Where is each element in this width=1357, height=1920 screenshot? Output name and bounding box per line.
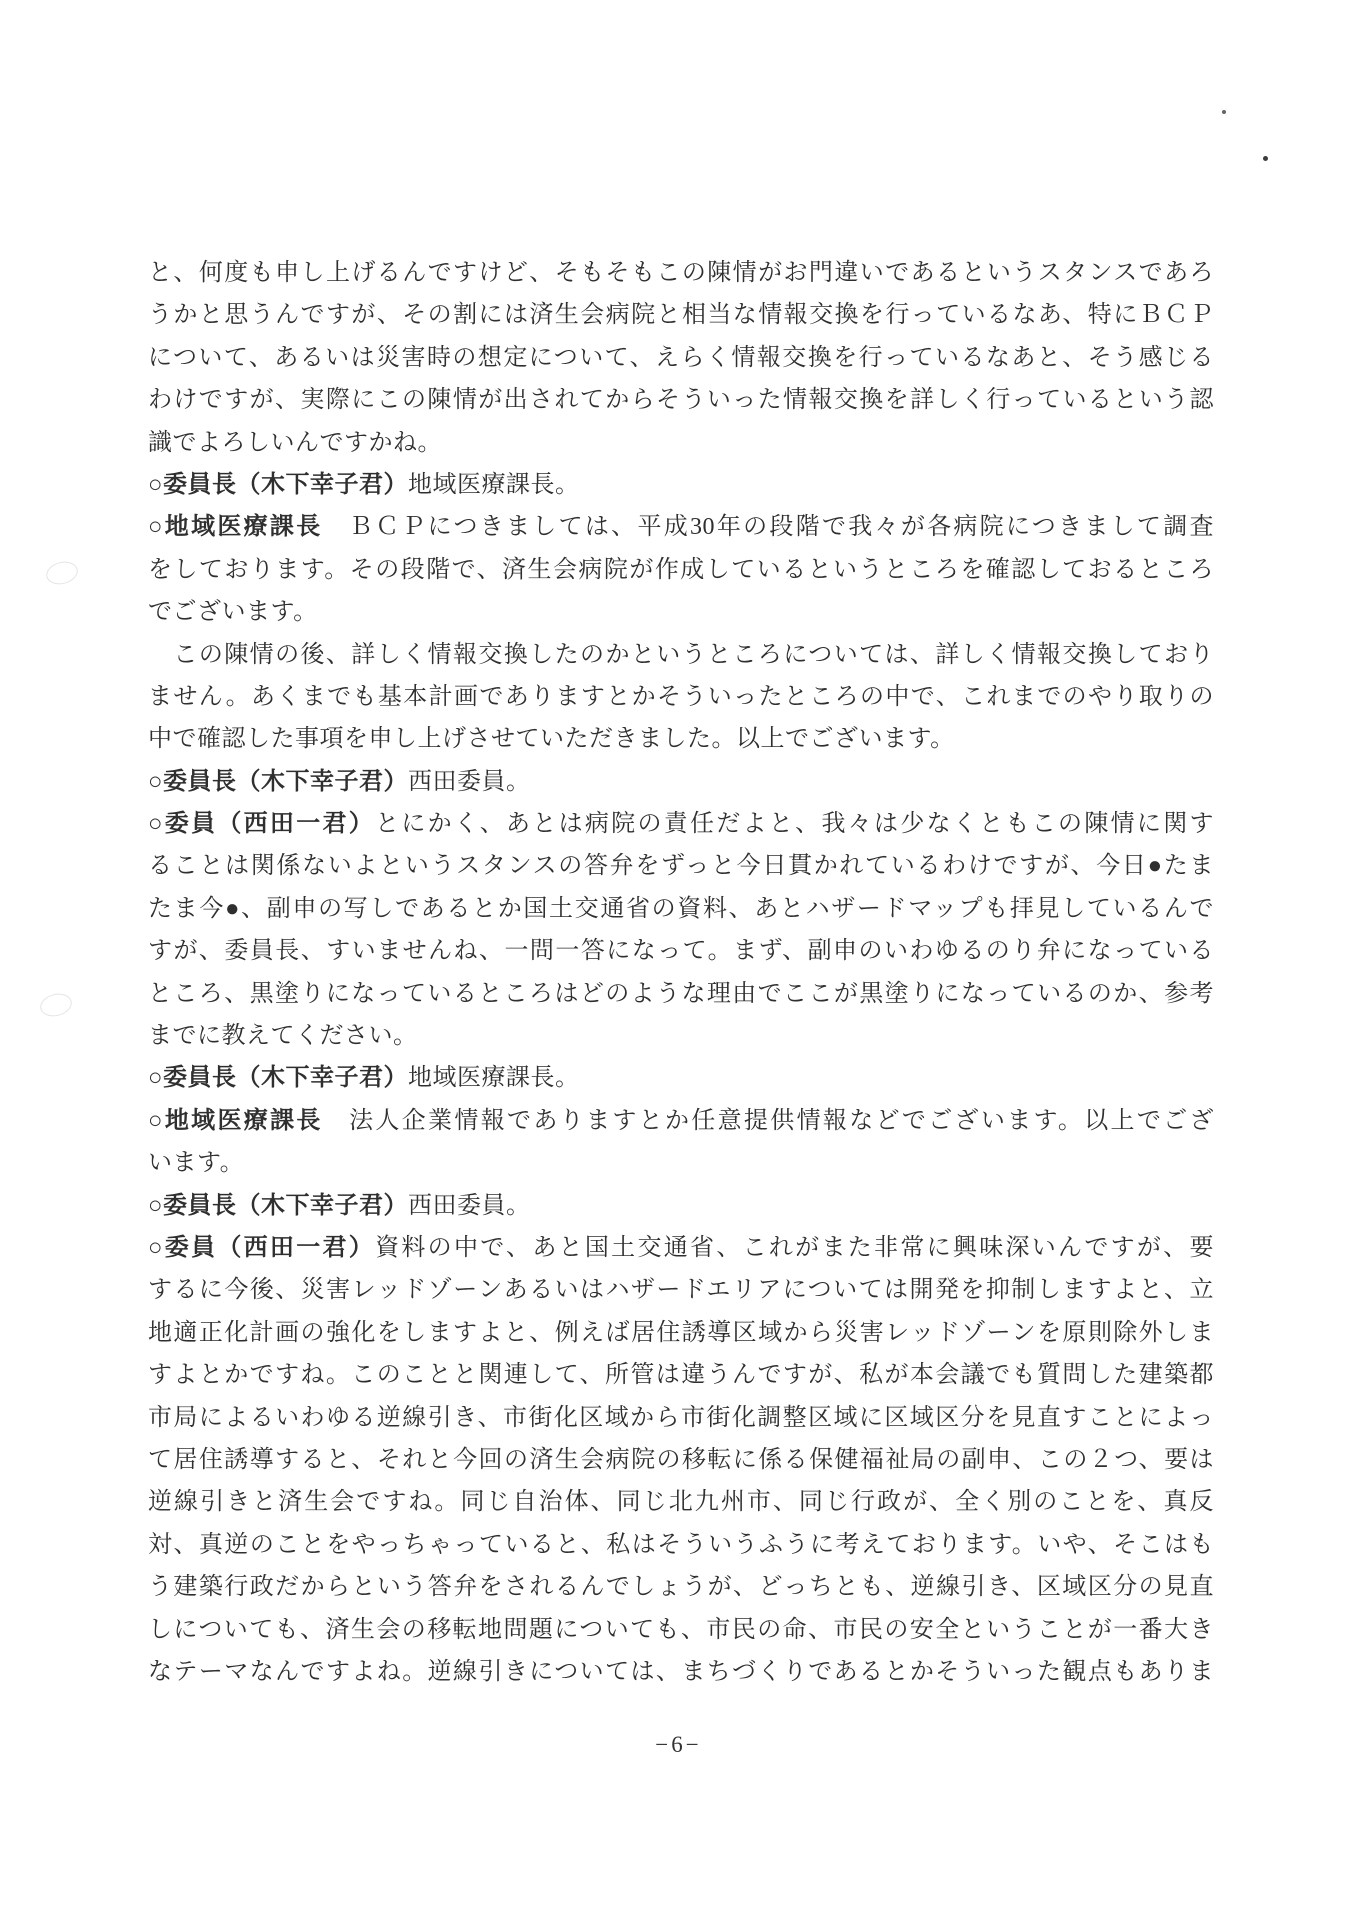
- transcript-line: なテーマなんですよね。逆線引きについては、まちづくりであるとかそういった観点もあ…: [148, 1651, 1214, 1693]
- speaker-label: ○地域医療課長: [148, 1107, 323, 1134]
- line-text: をしております。その段階で、済生会病院が作成しているというところを確認しておると…: [148, 557, 1214, 583]
- line-text: までに教えてください。: [148, 1023, 418, 1049]
- transcript-line: ○委員長（木下幸子君）地域医療課長。: [148, 464, 1214, 506]
- transcript-line: 地適正化計画の強化をしますよと、例えば居住誘導区域から災害レッドゾーンを原則除外…: [148, 1312, 1214, 1354]
- line-text: ません。あくまでも基本計画でありますとかそういったところの中で、これまでのやり取…: [148, 684, 1214, 710]
- line-text: 地適正化計画の強化をしますよと、例えば居住誘導区域から災害レッドゾーンを原則除外…: [148, 1320, 1214, 1346]
- speaker-label: ○委員長（木下幸子君）: [148, 1064, 408, 1091]
- line-text: すが、委員長、すいませんね、一問一答になって。まず、副申のいわゆるのり弁になって…: [148, 938, 1214, 964]
- transcript-line: 市局によるいわゆる逆線引き、市街化区域から市街化調整区域に区域区分を見直すことに…: [148, 1397, 1214, 1439]
- line-text: 対、真逆のことをやっちゃっていると、私はそういうふうに考えております。いや、そこ…: [148, 1532, 1214, 1558]
- transcript-line: までに教えてください。: [148, 1015, 1214, 1057]
- scan-speck: [1263, 156, 1268, 161]
- line-text: て居住誘導すると、それと今回の済生会病院の移転に係る保健福祉局の副申、この２つ、…: [148, 1447, 1214, 1473]
- scan-speck: [1222, 110, 1226, 114]
- transcript-line: この陳情の後、詳しく情報交換したのかというところについては、詳しく情報交換してお…: [148, 634, 1214, 676]
- page-number: −6−: [0, 1732, 1357, 1758]
- line-text: たま今●、副申の写しであるとか国土交通省の資料、あとハザードマップも拝見している…: [148, 896, 1214, 922]
- line-text: います。: [148, 1150, 244, 1176]
- transcript-line: ○委員長（木下幸子君）西田委員。: [148, 761, 1214, 803]
- transcript-line: しについても、済生会の移転地問題についても、市民の命、市民の安全ということが一番…: [148, 1609, 1214, 1651]
- transcript-line: するに今後、災害レッドゾーンあるいはハザードエリアについては開発を抑制しますよと…: [148, 1269, 1214, 1311]
- line-text: なテーマなんですよね。逆線引きについては、まちづくりであるとかそういった観点もあ…: [148, 1659, 1214, 1685]
- transcript-line: すが、委員長、すいませんね、一問一答になって。まず、副申のいわゆるのり弁になって…: [148, 930, 1214, 972]
- transcript-line: 逆線引きと済生会ですね。同じ自治体、同じ北九州市、同じ行政が、全く別のことを、真…: [148, 1481, 1214, 1523]
- transcript-line: ○委員（西田一君）とにかく、あとは病院の責任だよと、我々は少なくともこの陳情に関…: [148, 803, 1214, 845]
- line-text: この陳情の後、詳しく情報交換したのかというところについては、詳しく情報交換してお…: [148, 642, 1214, 668]
- transcript-line: ○委員（西田一君）資料の中で、あと国土交通省、これがまた非常に興味深いんですが、…: [148, 1227, 1214, 1269]
- line-text: わけですが、実際にこの陳情が出されてからそういった情報交換を詳しく行っているとい…: [148, 387, 1214, 413]
- line-text: ることは関係ないよというスタンスの答弁をずっと今日貫かれているわけですが、今日●…: [148, 853, 1214, 879]
- line-text: するに今後、災害レッドゾーンあるいはハザードエリアについては開発を抑制しますよと…: [148, 1277, 1214, 1303]
- line-text: と、何度も申し上げるんですけど、そもそもこの陳情がお門違いであるというスタンスで…: [148, 260, 1214, 286]
- transcript-line: をしております。その段階で、済生会病院が作成しているというところを確認しておると…: [148, 549, 1214, 591]
- transcript-line: すよとかですね。このことと関連して、所管は違うんですが、私が本会議でも質問した建…: [148, 1354, 1214, 1396]
- transcript-line: うかと思うんですが、その割には済生会病院と相当な情報交換を行っているなあ、特にＢ…: [148, 294, 1214, 336]
- transcript-line: ○委員長（木下幸子君）西田委員。: [148, 1185, 1214, 1227]
- transcript-line: 識でよろしいんですかね。: [148, 422, 1214, 464]
- line-text: でございます。: [148, 599, 318, 625]
- transcript-line: います。: [148, 1142, 1214, 1184]
- line-text: 地域医療課長。: [408, 1065, 580, 1091]
- line-text: う建築行政だからという答弁をされるんでしょうが、どっちとも、逆線引き、区域区分の…: [148, 1574, 1214, 1600]
- speaker-label: ○委員長（木下幸子君）: [148, 471, 408, 498]
- transcript-line: 対、真逆のことをやっちゃっていると、私はそういうふうに考えております。いや、そこ…: [148, 1524, 1214, 1566]
- line-text: とにかく、あとは病院の責任だよと、我々は少なくともこの陳情に関す: [375, 811, 1214, 837]
- transcript-line: 中で確認した事項を申し上げさせていただきました。以上でございます。: [148, 718, 1214, 760]
- line-text: について、あるいは災害時の想定について、えらく情報交換を行っているなあと、そう感…: [148, 345, 1214, 371]
- transcript-line: ることは関係ないよというスタンスの答弁をずっと今日貫かれているわけですが、今日●…: [148, 845, 1214, 887]
- transcript-line: ○委員長（木下幸子君）地域医療課長。: [148, 1057, 1214, 1099]
- line-text: 法人企業情報でありますとか任意提供情報などでございます。以上でござ: [323, 1108, 1214, 1134]
- speaker-label: ○委員（西田一君）: [148, 810, 375, 837]
- speaker-label: ○委員長（木下幸子君）: [148, 1192, 408, 1219]
- line-text: ところ、黒塗りになっているところはどのような理由でここが黒塗りになっているのか、…: [148, 981, 1214, 1007]
- line-text: 地域医療課長。: [408, 472, 580, 498]
- transcript-line: ところ、黒塗りになっているところはどのような理由でここが黒塗りになっているのか、…: [148, 973, 1214, 1015]
- punch-hole-mark: [44, 558, 80, 587]
- line-text: うかと思うんですが、その割には済生会病院と相当な情報交換を行っているなあ、特にＢ…: [148, 302, 1214, 328]
- line-text: 資料の中で、あと国土交通省、これがまた非常に興味深いんですが、要: [375, 1235, 1214, 1261]
- transcript-line: ません。あくまでも基本計画でありますとかそういったところの中で、これまでのやり取…: [148, 676, 1214, 718]
- line-text: 市局によるいわゆる逆線引き、市街化区域から市街化調整区域に区域区分を見直すことに…: [148, 1405, 1214, 1431]
- line-text: ＢＣＰにつきましては、平成30年の段階で我々が各病院につきまして調査: [323, 514, 1215, 540]
- speaker-label: ○地域医療課長: [148, 513, 323, 540]
- line-text: 逆線引きと済生会ですね。同じ自治体、同じ北九州市、同じ行政が、全く別のことを、真…: [148, 1489, 1214, 1515]
- speaker-label: ○委員長（木下幸子君）: [148, 768, 408, 795]
- transcript-line: と、何度も申し上げるんですけど、そもそもこの陳情がお門違いであるというスタンスで…: [148, 252, 1214, 294]
- transcript-line: わけですが、実際にこの陳情が出されてからそういった情報交換を詳しく行っているとい…: [148, 379, 1214, 421]
- line-text: 西田委員。: [408, 769, 531, 795]
- transcript-line: う建築行政だからという答弁をされるんでしょうが、どっちとも、逆線引き、区域区分の…: [148, 1566, 1214, 1608]
- transcript: と、何度も申し上げるんですけど、そもそもこの陳情がお門違いであるというスタンスで…: [148, 252, 1214, 1693]
- transcript-line: ○地域医療課長 ＢＣＰにつきましては、平成30年の段階で我々が各病院につきまして…: [148, 506, 1214, 548]
- punch-hole-mark: [38, 990, 74, 1019]
- transcript-line: でございます。: [148, 591, 1214, 633]
- transcript-line: たま今●、副申の写しであるとか国土交通省の資料、あとハザードマップも拝見している…: [148, 888, 1214, 930]
- transcript-line: ○地域医療課長 法人企業情報でありますとか任意提供情報などでございます。以上でご…: [148, 1100, 1214, 1142]
- transcript-line: て居住誘導すると、それと今回の済生会病院の移転に係る保健福祉局の副申、この２つ、…: [148, 1439, 1214, 1481]
- line-text: 中で確認した事項を申し上げさせていただきました。以上でございます。: [148, 726, 955, 752]
- line-text: 西田委員。: [408, 1193, 531, 1219]
- line-text: しについても、済生会の移転地問題についても、市民の命、市民の安全ということが一番…: [148, 1617, 1214, 1643]
- transcript-line: について、あるいは災害時の想定について、えらく情報交換を行っているなあと、そう感…: [148, 337, 1214, 379]
- line-text: 識でよろしいんですかね。: [148, 430, 442, 456]
- line-text: すよとかですね。このことと関連して、所管は違うんですが、私が本会議でも質問した建…: [148, 1362, 1214, 1388]
- speaker-label: ○委員（西田一君）: [148, 1234, 375, 1261]
